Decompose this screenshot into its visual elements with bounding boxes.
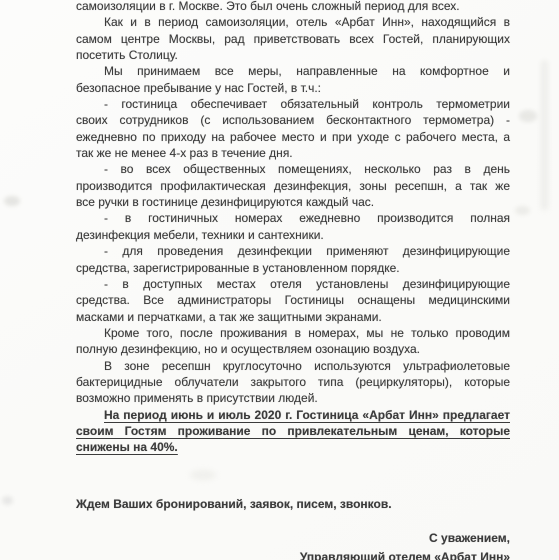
text-line: дезинфекция мебели, техники и сантехники… [76,227,510,243]
text-line: В зоне ресепшн круглосуточно используютс… [76,358,510,374]
text-line: посетить Столицу. [76,47,510,63]
text-line: Ждем Ваших бронирований, заявок, писем, … [76,496,510,512]
text-line: своих сотрудников (с использованием беск… [76,112,510,128]
text-line: Как и в период самоизоляции, отель «Арба… [76,14,510,30]
scan-artifact [2,496,13,505]
text-line: Управляющий отелем «Арбат Инн» [76,549,510,560]
text-line: безопасное пребывание у нас Гостей, в т.… [76,80,510,96]
text-line: возможно применять в присутствии людей. [76,390,510,406]
text-line: Мы принимаем все меры, направленные на к… [76,63,510,79]
text-line: своим Гостям проживание по привлекательн… [76,423,510,439]
text-line: полную дезинфекцию, но и осуществляем оз… [76,341,510,357]
scanned-letter-page: самоизоляции в г. Москве. Это был очень … [0,0,559,560]
letter-body: самоизоляции в г. Москве. Это был очень … [76,0,510,560]
text-line: С уважением, [76,530,510,546]
text-line: Кроме того, после проживания в номерах, … [76,325,510,341]
text-line: самом центре Москвы, рад приветствовать … [76,31,510,47]
text-line: - в гостиничных номерах ежедневно произв… [76,210,510,226]
text-line: все ручки в гостинице дезинфицируются ка… [76,194,510,210]
scan-artifact [4,196,20,206]
text-line: масками и перчатками, а так же защитными… [76,309,510,325]
text-line: снижены на 40%. [76,439,510,455]
text-line: - во всех общественных помещениях, неско… [76,161,510,177]
text-line: - для проведения дезинфекции применяют д… [76,243,510,259]
scan-artifact [515,206,530,215]
text-line: бактерицидные облучатели закрытого типа … [76,374,510,390]
text-line: - гостиница обеспечивает обязательный ко… [76,96,510,112]
text-line: ежедневно по приходу на рабочее место и … [76,129,510,145]
text-line: производится профилактическая дезинфекци… [76,178,510,194]
text-line: средства, зарегистрированные в установле… [76,260,510,276]
text-line: На период июнь и июль 2020 г. Гостиница … [76,407,510,423]
text-line: самоизоляции в г. Москве. Это был очень … [76,0,510,14]
text-line: - в доступных местах отеля установлены д… [76,276,510,292]
text-line: средства. Все администраторы Гостиницы о… [76,292,510,308]
scan-artifact [519,110,537,122]
scan-artifact [541,60,548,210]
text-line: так же не менее 4-х раз в течение дня. [76,145,510,161]
